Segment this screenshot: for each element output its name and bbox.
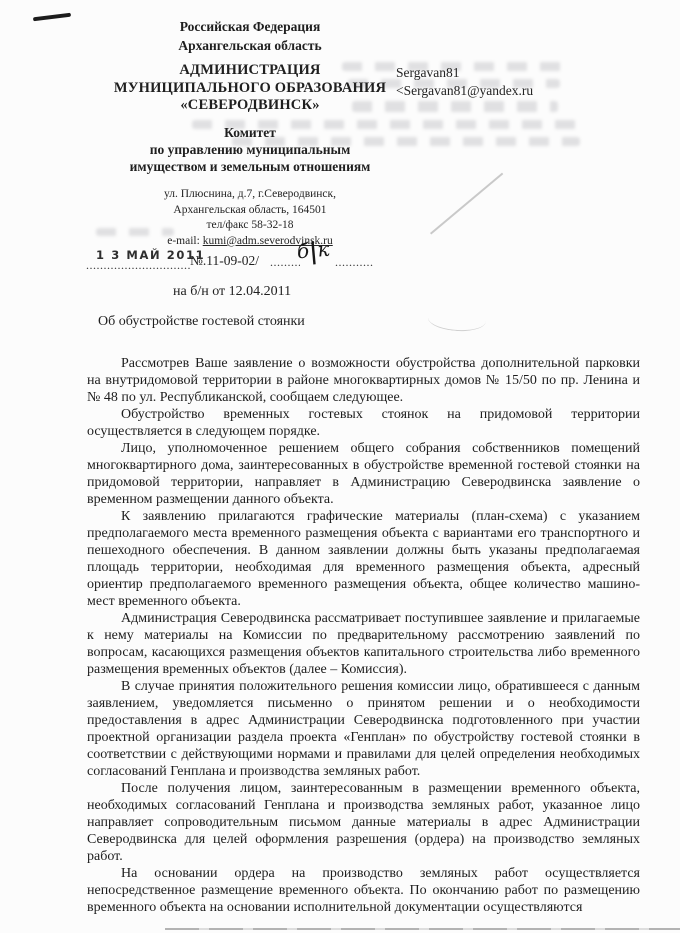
handwritten-number: б|к — [296, 237, 331, 267]
region-name: Архангельская область — [0, 37, 500, 56]
letterhead-country-block: Российская Федерация Архангельская облас… — [0, 18, 500, 55]
handwritten-letter-2: к — [316, 237, 330, 262]
recipient-name: Sergavan81 — [396, 64, 533, 82]
subject-line: Об обустройстве гостевой стоянки — [98, 314, 305, 330]
reference-line: на б/н от 12.04.2011 — [173, 284, 291, 300]
email-label: e-mail: — [167, 235, 202, 247]
paragraph: В случае принятия положительного решения… — [87, 678, 640, 780]
address-street: ул. Плюснина, д.7, г.Северодвинск, — [0, 187, 500, 203]
recipient-block: Sergavan81 <Sergavan81@yandex.ru — [396, 64, 533, 100]
address-phone: тел/факс 58-32-18 — [0, 218, 500, 234]
dotted-leader-after-handwriting: ........... — [335, 255, 377, 270]
department-line2: по управлению муниципальным — [0, 141, 500, 158]
recipient-email: <Sergavan81@yandex.ru — [396, 82, 533, 100]
country-name: Российская Федерация — [0, 18, 500, 37]
letter-body: Рассмотрев Ваше заявление о возможности … — [87, 355, 640, 916]
address-region: Архангельская область, 164501 — [0, 203, 500, 219]
dotted-leader-before-handwriting: .......... — [270, 255, 300, 270]
address-email-line: e-mail: kumi@adm.severodvinsk.ru — [0, 234, 500, 250]
registration-number: №.11-09-02/ — [190, 253, 259, 269]
paragraph: Лицо, уполномоченное решением общего соб… — [87, 440, 640, 508]
dotted-line-under-date: .................................... — [86, 258, 190, 273]
paragraph: К заявлению прилагаются графические мате… — [87, 508, 640, 610]
paragraph: Обустройство временных гостевых стоянок … — [87, 406, 640, 440]
department-name-block: Комитет по управлению муниципальным имущ… — [0, 124, 500, 175]
department-line3: имуществом и земельным отношениям — [0, 158, 500, 175]
paragraph: На основании ордера на производство земл… — [87, 865, 640, 916]
scan-artifact-curve — [427, 305, 487, 334]
paragraph: Администрация Северодвинска рассматривае… — [87, 610, 640, 678]
paragraph: Рассмотрев Ваше заявление о возможности … — [87, 355, 640, 406]
paragraph: После получения лицом, заинтересованным … — [87, 780, 640, 865]
scanned-letter-page: Российская Федерация Архангельская облас… — [0, 0, 680, 933]
sender-address-block: ул. Плюснина, д.7, г.Северодвинск, Архан… — [0, 187, 500, 249]
department-line1: Комитет — [0, 124, 500, 141]
scan-artifact-bottom-edge — [165, 928, 680, 930]
